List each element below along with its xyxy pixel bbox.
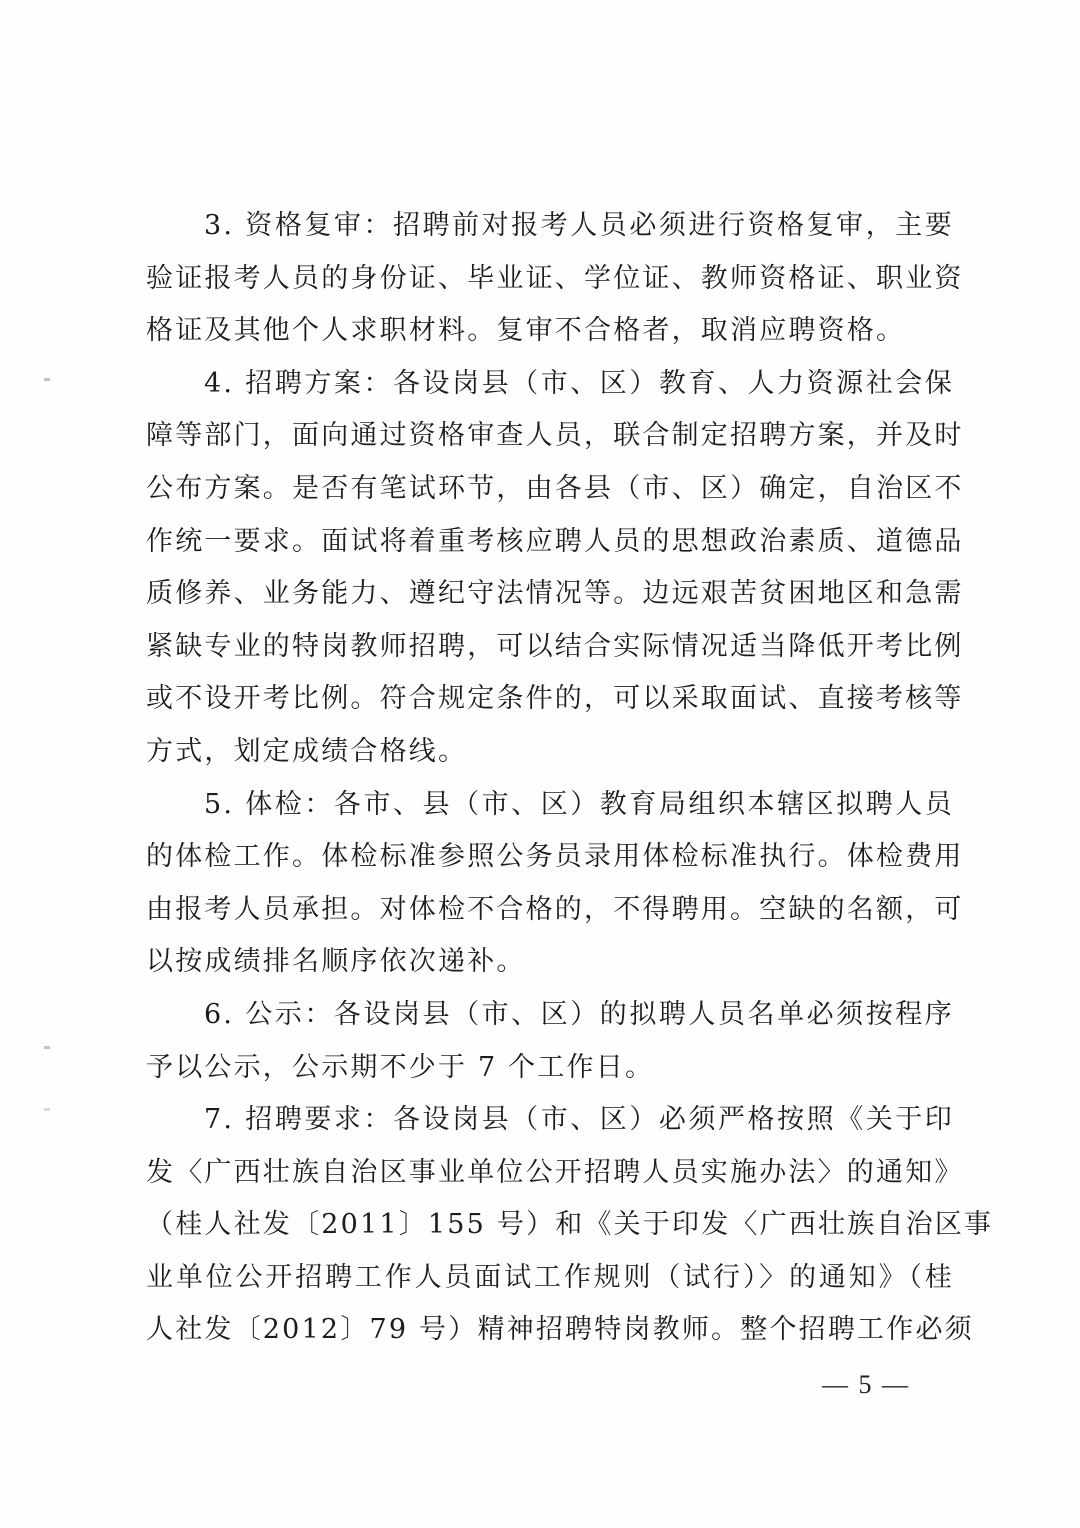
text-line: 由报考人员承担。对体检不合格的，不得聘用。空缺的名额，可: [146, 884, 954, 937]
text-line: （桂人社发〔2011〕155 号）和《关于印发〈广西壮族自治区事: [146, 1199, 954, 1252]
text-line: 6. 公示：各设岗县（市、区）的拟聘人员名单必须按程序: [146, 989, 954, 1042]
text-line: 业单位公开招聘工作人员面试工作规则（试行）〉的通知》（桂: [146, 1252, 954, 1305]
text-line: 4. 招聘方案：各设岗县（市、区）教育、人力资源社会保: [146, 358, 954, 411]
document-body: 3. 资格复审：招聘前对报考人员必须进行资格复审，主要 验证报考人员的身份证、毕…: [146, 200, 954, 1357]
scan-margin-mark: [44, 1046, 50, 1049]
paragraph-4-recruitment-plan: 4. 招聘方案：各设岗县（市、区）教育、人力资源社会保 障等部门，面向通过资格审…: [146, 358, 954, 779]
scan-margin-mark: [44, 378, 50, 381]
text-line: 格证及其他个人求职材料。复审不合格者，取消应聘资格。: [146, 305, 954, 358]
paragraph-3-qualification-review: 3. 资格复审：招聘前对报考人员必须进行资格复审，主要 验证报考人员的身份证、毕…: [146, 200, 954, 358]
paragraph-5-physical-exam: 5. 体检：各市、县（市、区）教育局组织本辖区拟聘人员 的体检工作。体检标准参照…: [146, 779, 954, 989]
text-line: 障等部门，面向通过资格审查人员，联合制定招聘方案，并及时: [146, 410, 954, 463]
text-line: 予以公示，公示期不少于 7 个工作日。: [146, 1042, 954, 1095]
text-line: 验证报考人员的身份证、毕业证、学位证、教师资格证、职业资: [146, 253, 954, 306]
text-line: 3. 资格复审：招聘前对报考人员必须进行资格复审，主要: [146, 200, 954, 253]
page-number: — 5 —: [822, 1370, 910, 1400]
paragraph-7-recruitment-requirements: 7. 招聘要求：各设岗县（市、区）必须严格按照《关于印 发〈广西壮族自治区事业单…: [146, 1094, 954, 1357]
text-line: 发〈广西壮族自治区事业单位公开招聘人员实施办法〉的通知》: [146, 1147, 954, 1200]
text-line: 质修养、业务能力、遵纪守法情况等。边远艰苦贫困地区和急需: [146, 568, 954, 621]
paragraph-6-public-notice: 6. 公示：各设岗县（市、区）的拟聘人员名单必须按程序 予以公示，公示期不少于 …: [146, 989, 954, 1094]
text-line: 以按成绩排名顺序依次递补。: [146, 936, 954, 989]
scan-margin-mark: [44, 1108, 50, 1111]
text-line: 公布方案。是否有笔试环节，由各县（市、区）确定，自治区不: [146, 463, 954, 516]
text-line: 方式，划定成绩合格线。: [146, 726, 954, 779]
text-line: 或不设开考比例。符合规定条件的，可以采取面试、直接考核等: [146, 673, 954, 726]
text-line: 7. 招聘要求：各设岗县（市、区）必须严格按照《关于印: [146, 1094, 954, 1147]
text-line: 的体检工作。体检标准参照公务员录用体检标准执行。体检费用: [146, 831, 954, 884]
document-page: 3. 资格复审：招聘前对报考人员必须进行资格复审，主要 验证报考人员的身份证、毕…: [0, 0, 1080, 1528]
text-line: 5. 体检：各市、县（市、区）教育局组织本辖区拟聘人员: [146, 779, 954, 832]
text-line: 紧缺专业的特岗教师招聘，可以结合实际情况适当降低开考比例: [146, 621, 954, 674]
text-line: 作统一要求。面试将着重考核应聘人员的思想政治素质、道德品: [146, 516, 954, 569]
text-line: 人社发〔2012〕79 号）精神招聘特岗教师。整个招聘工作必须: [146, 1304, 954, 1357]
